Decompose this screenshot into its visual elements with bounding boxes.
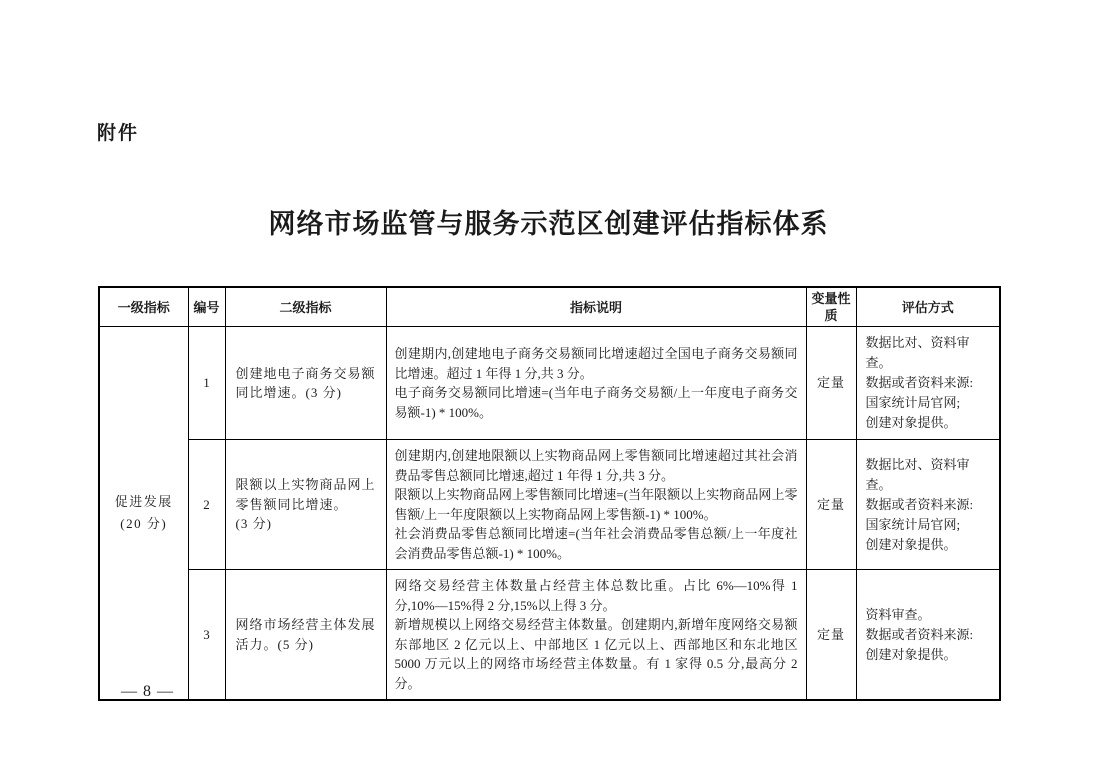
evaluation-indicator-table: 一级指标 编号 二级指标 指标说明 变量性质 评估方式 促进发展 (20 分) …: [98, 286, 1001, 701]
row-number-cell: 1: [188, 327, 225, 440]
row-number-cell: 2: [188, 440, 225, 570]
variable-type-cell: 定量: [806, 327, 856, 440]
col-header-description: 指标说明: [386, 287, 806, 327]
indicator-description-cell: 创建期内,创建地限额以上实物商品网上零售额同比增速超过其社会消费品零售总额同比增…: [386, 440, 806, 570]
level2-indicator-cell: 创建地电子商务交易额同比增速。(3 分): [225, 327, 386, 440]
indicator-description-cell: 创建期内,创建地电子商务交易额同比增速超过全国电子商务交易额同比增速。超过 1 …: [386, 327, 806, 440]
level1-indicator-cell: 促进发展 (20 分): [99, 327, 188, 701]
variable-type-cell: 定量: [806, 570, 856, 701]
row-number-cell: 3: [188, 570, 225, 701]
table-row: 促进发展 (20 分) 1 创建地电子商务交易额同比增速。(3 分) 创建期内,…: [99, 327, 1000, 440]
col-header-level1-indicator: 一级指标: [99, 287, 188, 327]
col-header-variable-type: 变量性质: [806, 287, 856, 327]
level2-indicator-cell: 网络市场经营主体发展活力。(5 分): [225, 570, 386, 701]
variable-type-cell: 定量: [806, 440, 856, 570]
indicator-description-cell: 网络交易经营主体数量占经营主体总数比重。占比 6%—10%得 1 分,10%—1…: [386, 570, 806, 701]
page-number: — 8 —: [121, 683, 174, 701]
col-header-level2-indicator: 二级指标: [225, 287, 386, 327]
attachment-label: 附件: [97, 118, 139, 145]
table-row: 2 限额以上实物商品网上零售额同比增速。 (3 分) 创建期内,创建地限额以上实…: [99, 440, 1000, 570]
page-title: 网络市场监管与服务示范区创建评估指标体系: [98, 202, 999, 241]
col-header-evaluation-method: 评估方式: [856, 287, 1000, 327]
evaluation-method-cell: 数据比对、资料审查。 数据或者资料来源: 国家统计局官网; 创建对象提供。: [856, 327, 1000, 440]
table-header-row: 一级指标 编号 二级指标 指标说明 变量性质 评估方式: [99, 287, 1000, 327]
table-row: 3 网络市场经营主体发展活力。(5 分) 网络交易经营主体数量占经营主体总数比重…: [99, 570, 1000, 701]
document-page: 附件 网络市场监管与服务示范区创建评估指标体系 一级指标 编号 二级指标 指标说…: [0, 0, 1099, 777]
evaluation-method-cell: 资料审查。 数据或者资料来源: 创建对象提供。: [856, 570, 1000, 701]
level2-indicator-cell: 限额以上实物商品网上零售额同比增速。 (3 分): [225, 440, 386, 570]
col-header-number: 编号: [188, 287, 225, 327]
evaluation-method-cell: 数据比对、资料审查。 数据或者资料来源: 国家统计局官网; 创建对象提供。: [856, 440, 1000, 570]
